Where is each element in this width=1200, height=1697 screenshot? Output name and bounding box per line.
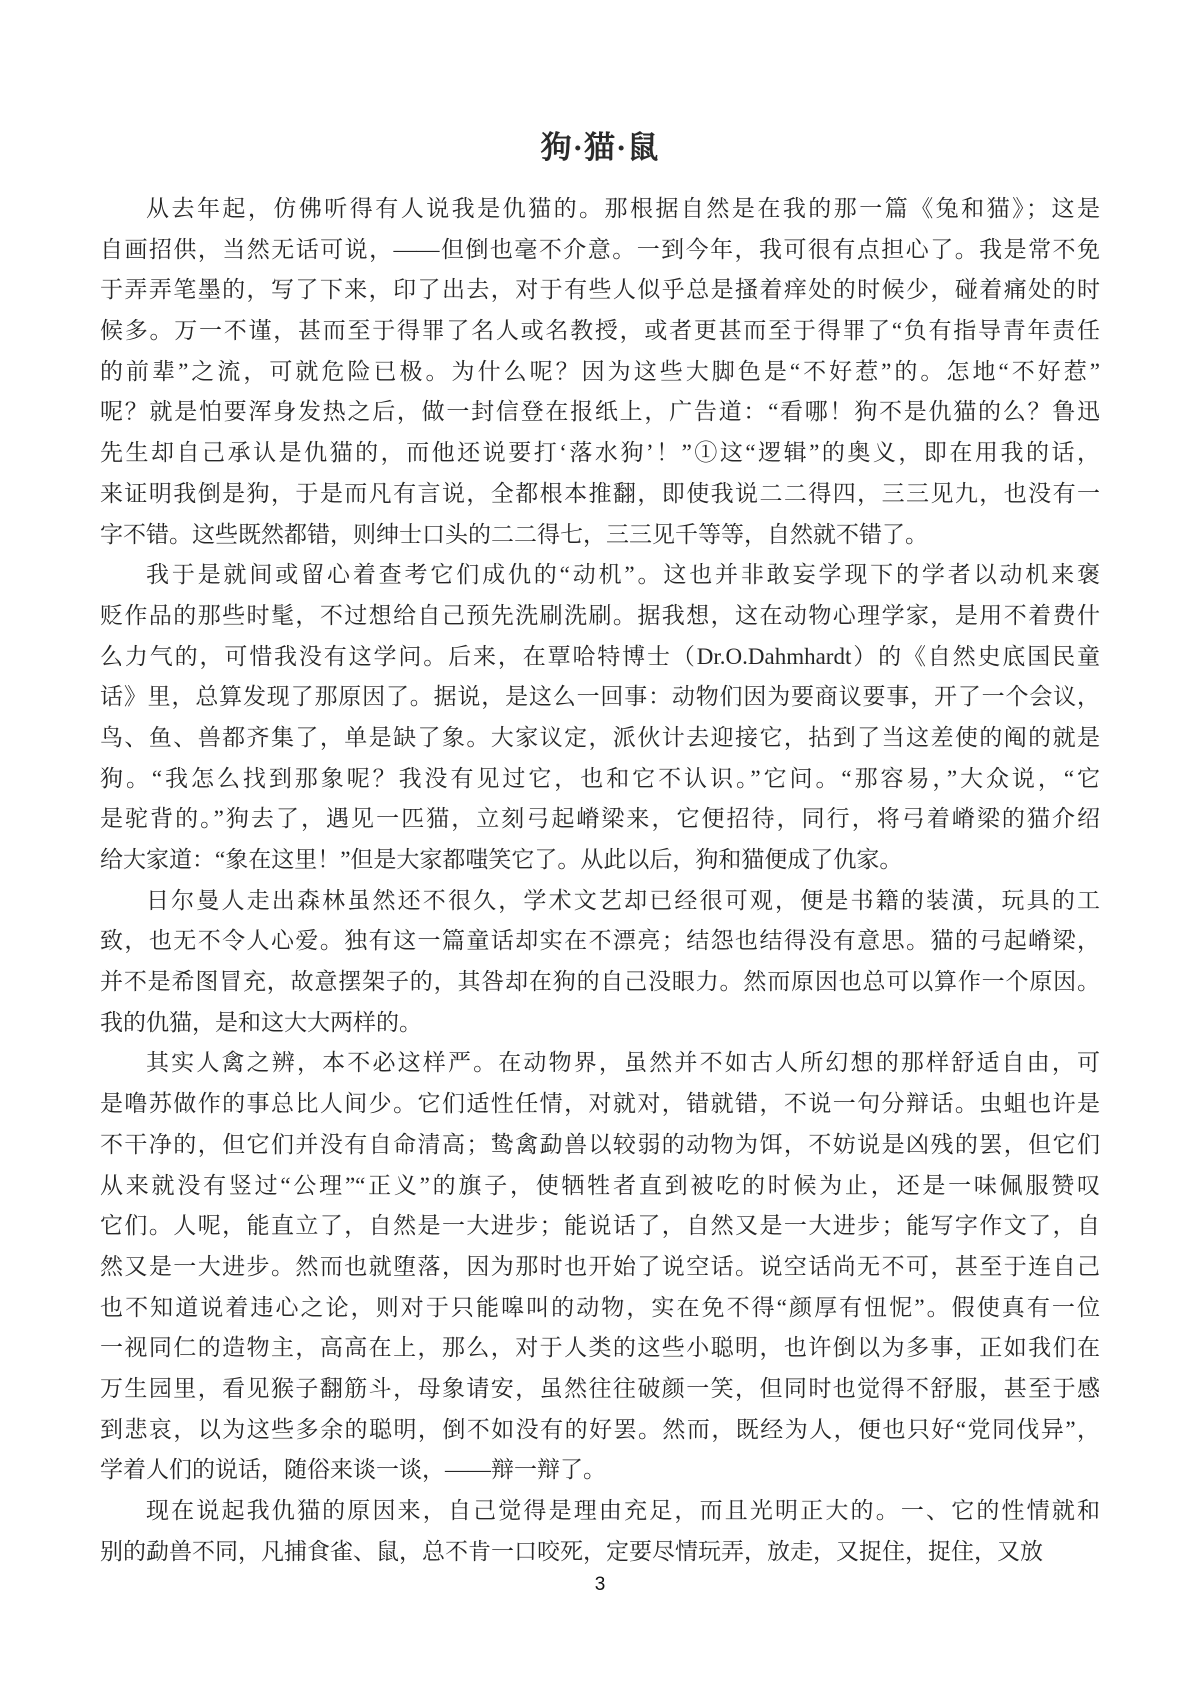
text-line: 字不错。这些既然都错，则绅士口头的二二得七，三三见千等等，自然就不错了。 xyxy=(100,515,1100,556)
text-line: 鸟、鱼、兽都齐集了，单是缺了象。大家议定，派伙计去迎接它，拈到了当这差使的阄的就… xyxy=(100,718,1100,759)
text-line: 的前辈”之流，可就危险已极。为什么呢？因为这些大脚色是“不好惹”的。怎地“不好惹… xyxy=(100,352,1100,393)
text-line: 到悲哀，以为这些多余的聪明，倒不如没有的好罢。然而，既经为人，便也只好“党同伐异… xyxy=(100,1410,1100,1451)
text-line: 一视同仁的造物主，高高在上，那么，对于人类的这些小聪明，也许倒以为多事，正如我们… xyxy=(100,1328,1100,1369)
text-line: 给大家道：“象在这里！”但是大家都嗤笑它了。从此以后，狗和猫便成了仇家。 xyxy=(100,840,1100,881)
text-line: 其实人禽之辨，本不必这样严。在动物界，虽然并不如古人所幻想的那样舒适自由，可 xyxy=(100,1043,1100,1084)
text-line: 狗。“我怎么找到那象呢？我没有见过它，也和它不认识。”它问。“那容易，”大众说，… xyxy=(100,759,1100,800)
text-line: 呢？就是怕要浑身发热之后，做一封信登在报纸上，广告道：“看哪！狗不是仇猫的么？鲁… xyxy=(100,392,1100,433)
document-title: 狗·猫·鼠 xyxy=(0,122,1200,167)
text-line: 它们。人呢，能直立了，自然是一大进步；能说话了，自然又是一大进步；能写字作文了，… xyxy=(100,1206,1100,1247)
text-line: 并不是希图冒充，故意摆架子的，其咎却在狗的自己没眼力。然而原因也总可以算作一个原… xyxy=(100,962,1100,1003)
text-line: 话》里，总算发现了那原因了。据说，是这么一回事：动物们因为要商议要事，开了一个会… xyxy=(100,677,1100,718)
text-line: 候多。万一不谨，甚而至于得罪了名人或名教授，或者更甚而至于得罪了“负有指导青年责… xyxy=(100,311,1100,352)
text-line: 万生园里，看见猴子翻筋斗，母象请安，虽然往往破颜一笑，但同时也觉得不舒服，甚至于… xyxy=(100,1369,1100,1410)
text-line: 别的勐兽不同，凡捕食雀、鼠，总不肯一口咬死，定要尽情玩弄，放走，又捉住，捉住，又… xyxy=(100,1532,1100,1573)
page-number: 3 xyxy=(0,1574,1200,1596)
text-line: 不干净的，但它们并没有自命清高；鸷禽勐兽以较弱的动物为饵，不妨说是凶残的罢，但它… xyxy=(100,1125,1100,1166)
paragraph: 现在说起我仇猫的原因来，自己觉得是理由充足，而且光明正大的。一、它的性情就和别的… xyxy=(100,1491,1100,1572)
paragraph: 从去年起，仿佛听得有人说我是仇猫的。那根据自然是在我的那一篇《兔和猫》；这是自画… xyxy=(100,189,1100,555)
text-line: 致，也无不令人心爱。独有这一篇童话却实在不漂亮；结怨也结得没有意思。猫的弓起嵴梁… xyxy=(100,921,1100,962)
paragraph: 我于是就间或留心着查考它们成仇的“动机”。这也并非敢妄学现下的学者以动机来褒贬作… xyxy=(100,555,1100,881)
text-line: 是驼背的。”狗去了，遇见一匹猫，立刻弓起嵴梁来，它便招待，同行，将弓着嵴梁的猫介… xyxy=(100,799,1100,840)
text-line: 是噜苏做作的事总比人间少。它们适性任情，对就对，错就错，不说一句分辩话。虫蛆也许… xyxy=(100,1084,1100,1125)
text-line: 贬作品的那些时髦，不过想给自己预先洗刷洗刷。据我想，这在动物心理学家，是用不着费… xyxy=(100,596,1100,637)
text-line: 么力气的，可惜我没有这学问。后来，在覃哈特博士（Dr.O.Dahmhardt）的… xyxy=(100,637,1100,678)
paragraph: 其实人禽之辨，本不必这样严。在动物界，虽然并不如古人所幻想的那样舒适自由，可是噜… xyxy=(100,1043,1100,1491)
text-line: 从去年起，仿佛听得有人说我是仇猫的。那根据自然是在我的那一篇《兔和猫》；这是 xyxy=(100,189,1100,230)
text-line: 自画招供，当然无话可说，——但倒也毫不介意。一到今年，我可很有点担心了。我是常不… xyxy=(100,230,1100,271)
text-line: 学着人们的说话，随俗来谈一谈，——辩一辩了。 xyxy=(100,1450,1100,1491)
text-body: 从去年起，仿佛听得有人说我是仇猫的。那根据自然是在我的那一篇《兔和猫》；这是自画… xyxy=(100,189,1100,1572)
text-line: 来证明我倒是狗，于是而凡有言说，全都根本推翻，即使我说二二得四，三三见九，也没有… xyxy=(100,474,1100,515)
text-line: 于弄弄笔墨的，写了下来，印了出去，对于有些人似乎总是搔着痒处的时候少，碰着痛处的… xyxy=(100,270,1100,311)
text-line: 先生却自己承认是仇猫的，而他还说要打‘落水狗’！”①这“逻辑”的奥义，即在用我的… xyxy=(100,433,1100,474)
text-line: 现在说起我仇猫的原因来，自己觉得是理由充足，而且光明正大的。一、它的性情就和 xyxy=(100,1491,1100,1532)
text-line: 日尔曼人走出森林虽然还不很久，学术文艺却已经很可观，便是书籍的装潢，玩具的工 xyxy=(100,881,1100,922)
text-line: 我于是就间或留心着查考它们成仇的“动机”。这也并非敢妄学现下的学者以动机来褒 xyxy=(100,555,1100,596)
text-line: 从来就没有竖过“公理”“正义”的旗子，使牺牲者直到被吃的时候为止，还是一味佩服赞… xyxy=(100,1166,1100,1207)
document-page: 狗·猫·鼠 从去年起，仿佛听得有人说我是仇猫的。那根据自然是在我的那一篇《兔和猫… xyxy=(0,0,1200,1697)
text-line: 然又是一大进步。然而也就堕落，因为那时也开始了说空话。说空话尚无不可，甚至于连自… xyxy=(100,1247,1100,1288)
paragraph: 日尔曼人走出森林虽然还不很久，学术文艺却已经很可观，便是书籍的装潢，玩具的工致，… xyxy=(100,881,1100,1044)
text-line: 也不知道说着违心之论，则对于只能嗥叫的动物，实在免不得“颜厚有忸怩”。假使真有一… xyxy=(100,1288,1100,1329)
text-line: 我的仇猫，是和这大大两样的。 xyxy=(100,1003,1100,1044)
